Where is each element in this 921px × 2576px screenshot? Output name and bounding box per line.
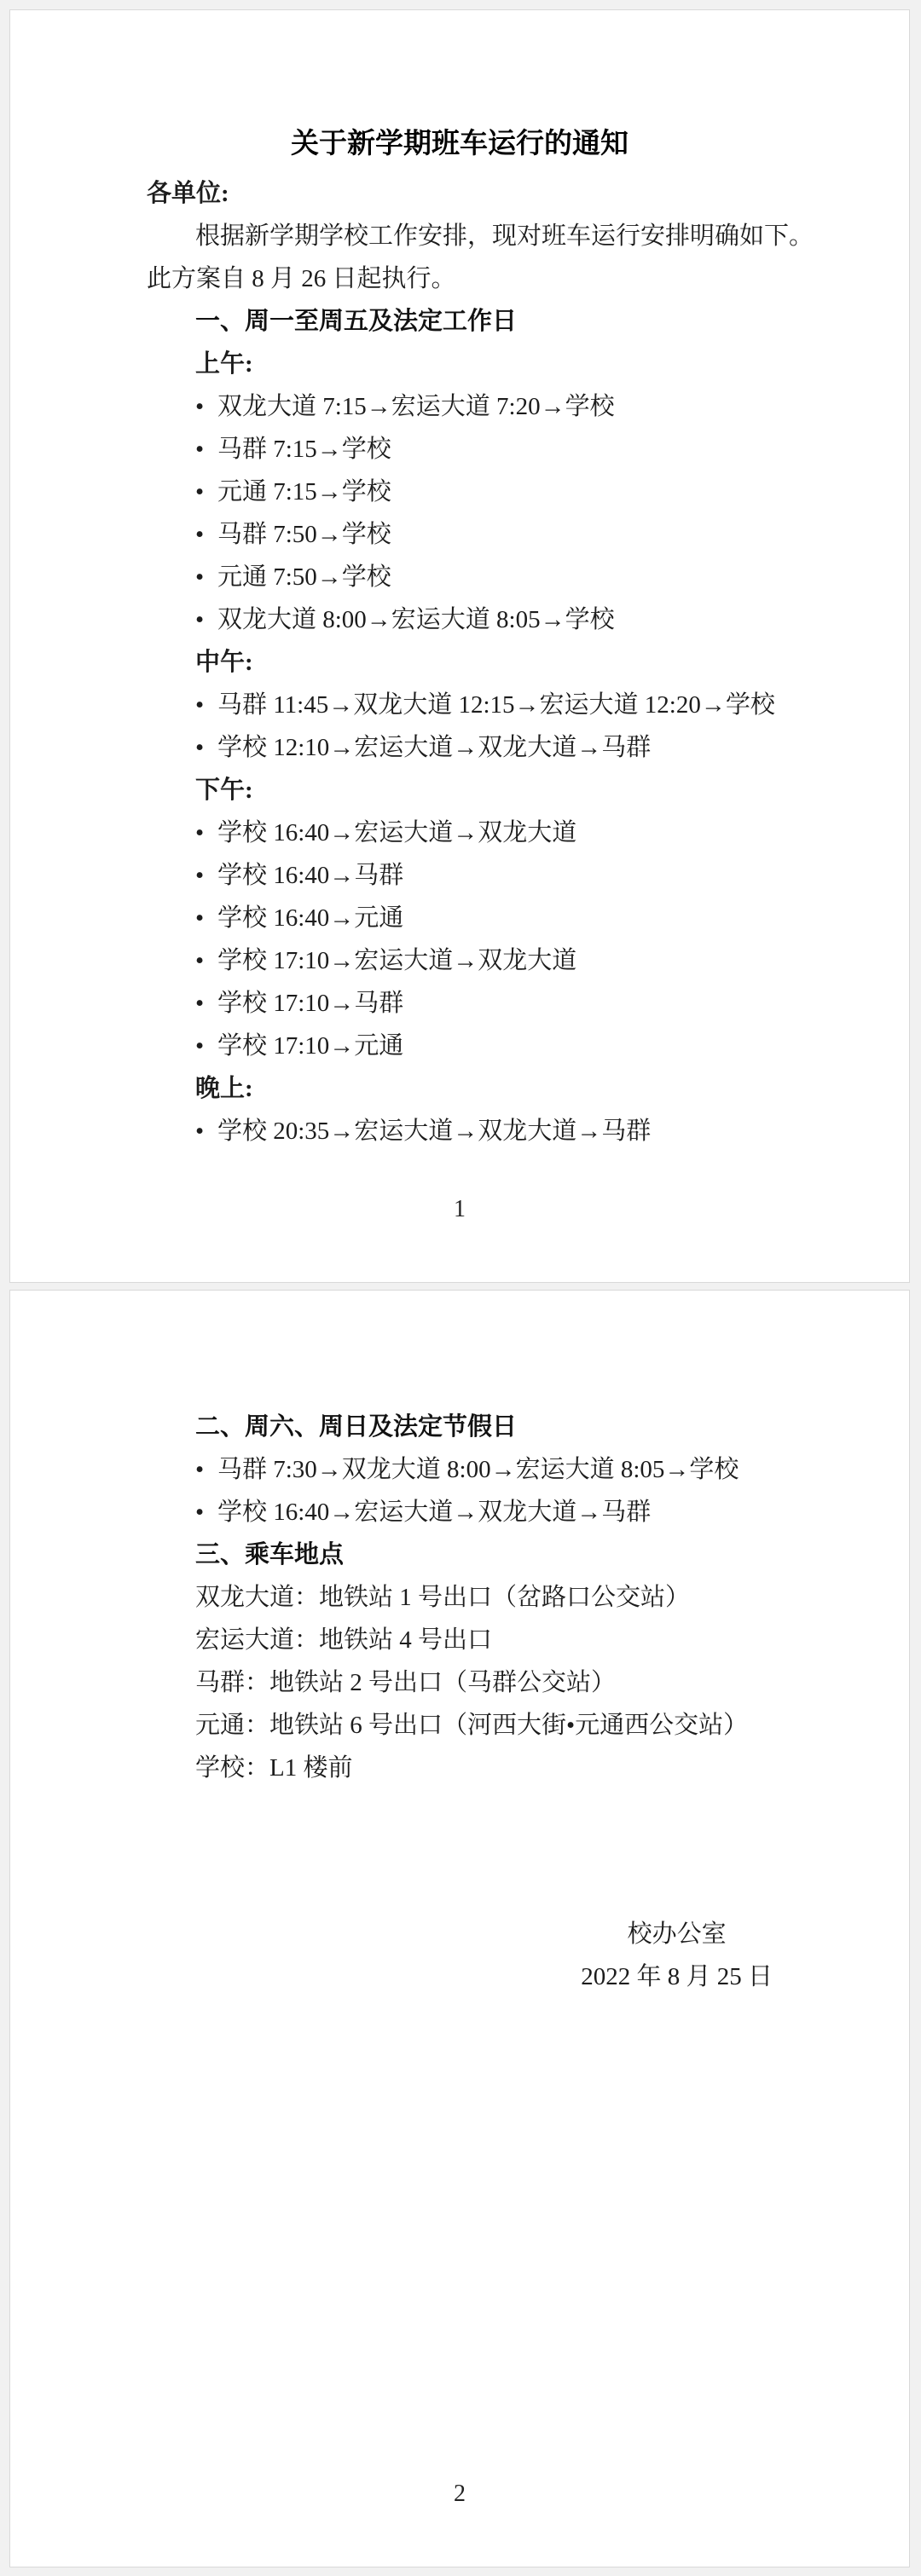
bullet-icon: • (195, 385, 217, 428)
bullet-icon: • (195, 1025, 217, 1067)
location-item: 元通：地铁站 6 号出口（河西大街•元通西公交站） (195, 1704, 815, 1747)
schedule-item-text: 学校 20:35→宏运大道→双龙大道→马群 (217, 1118, 651, 1145)
document-page-1: 关于新学期班车运行的通知 各单位: 根据新学期学校工作安排，现对班车运行安排明确… (9, 9, 910, 1283)
location-item: 马群：地铁站 2 号出口（马群公交站） (195, 1661, 815, 1704)
schedule-item: •双龙大道 8:00→宏运大道 8:05→学校 (195, 598, 815, 641)
section-3-heading: 三、乘车地点 (195, 1533, 815, 1576)
schedule-item: •马群 7:50→学校 (195, 513, 815, 556)
bullet-icon: • (195, 513, 217, 556)
page-title: 关于新学期班车运行的通知 (10, 121, 909, 167)
schedule-item-text: 双龙大道 7:15→宏运大道 7:20→学校 (217, 393, 615, 420)
schedule-item: •学校 20:35→宏运大道→双龙大道→马群 (195, 1110, 815, 1152)
bullet-icon: • (195, 1448, 217, 1491)
schedule-item-text: 学校 16:40→宏运大道→双龙大道→马群 (217, 1499, 651, 1526)
bullet-icon: • (195, 1110, 217, 1152)
document-page-2: 二、周六、周日及法定节假日 •马群 7:30→双龙大道 8:00→宏运大道 8:… (9, 1290, 910, 2567)
schedule-item: •学校 16:40→宏运大道→双龙大道→马群 (195, 1491, 815, 1533)
schedule-item: •学校 17:10→宏运大道→双龙大道 (195, 939, 815, 982)
time-label-morning: 上午: (195, 343, 815, 385)
schedule-item: •学校 16:40→元通 (195, 897, 815, 939)
schedule-item: •元通 7:50→学校 (195, 556, 815, 598)
bullet-icon: • (195, 556, 217, 598)
schedule-item: •马群 11:45→双龙大道 12:15→宏运大道 12:20→学校 (195, 684, 815, 726)
location-item: 学校：L1 楼前 (195, 1747, 815, 1789)
location-item: 宏运大道：地铁站 4 号出口 (195, 1619, 815, 1661)
schedule-item: •马群 7:30→双龙大道 8:00→宏运大道 8:05→学校 (195, 1448, 815, 1491)
schedule-item: •元通 7:15→学校 (195, 471, 815, 513)
schedule-item: •学校 16:40→马群 (195, 854, 815, 897)
page-1-content: 各单位: 根据新学期学校工作安排，现对班车运行安排明确如下。 此方案自 8 月 … (147, 172, 815, 1152)
location-item: 双龙大道：地铁站 1 号出口（岔路口公交站） (195, 1576, 815, 1619)
section-1-heading: 一、周一至周五及法定工作日 (195, 300, 815, 343)
page-number: 2 (10, 2473, 909, 2515)
bullet-icon: • (195, 897, 217, 939)
schedule-item: •马群 7:15→学校 (195, 428, 815, 471)
schedule-item: •双龙大道 7:15→宏运大道 7:20→学校 (195, 385, 815, 428)
bullet-icon: • (195, 428, 217, 471)
bullet-icon: • (195, 811, 217, 854)
bullet-icon: • (195, 684, 217, 726)
schedule-item-text: 马群 7:15→学校 (217, 436, 391, 463)
schedule-item: •学校 12:10→宏运大道→双龙大道→马群 (195, 726, 815, 769)
time-label-noon: 中午: (195, 641, 815, 684)
schedule-item-text: 学校 17:10→马群 (217, 990, 403, 1017)
time-label-evening: 晚上: (195, 1067, 815, 1110)
schedule-item-text: 学校 16:40→宏运大道→双龙大道 (217, 819, 576, 846)
bullet-icon: • (195, 726, 217, 769)
page-number: 1 (10, 1188, 909, 1231)
schedule-item: •学校 16:40→宏运大道→双龙大道 (195, 811, 815, 854)
bullet-icon: • (195, 854, 217, 897)
schedule-item-text: 元通 7:50→学校 (217, 563, 391, 591)
page-2-content: 二、周六、周日及法定节假日 •马群 7:30→双龙大道 8:00→宏运大道 8:… (147, 1291, 815, 1789)
schedule-item-text: 元通 7:15→学校 (217, 478, 391, 505)
bullet-icon: • (195, 598, 217, 641)
signature-date: 2022 年 8 月 25 日 (581, 1955, 773, 1998)
schedule-item-text: 学校 12:10→宏运大道→双龙大道→马群 (217, 734, 651, 761)
schedule-item-text: 双龙大道 8:00→宏运大道 8:05→学校 (217, 606, 615, 633)
time-label-afternoon: 下午: (195, 769, 815, 811)
schedule-item-text: 学校 16:40→马群 (217, 862, 403, 889)
schedule-item: •学校 17:10→马群 (195, 982, 815, 1025)
intro-line: 根据新学期学校工作安排，现对班车运行安排明确如下。 (147, 215, 815, 257)
intro-line: 此方案自 8 月 26 日起执行。 (147, 257, 815, 300)
schedule-item-text: 马群 11:45→双龙大道 12:15→宏运大道 12:20→学校 (217, 691, 775, 719)
bullet-icon: • (195, 982, 217, 1025)
schedule-item-text: 学校 17:10→元通 (217, 1032, 403, 1060)
signature-block: 校办公室 2022 年 8 月 25 日 (581, 1913, 773, 1998)
schedule-item-text: 学校 16:40→元通 (217, 904, 403, 932)
bullet-icon: • (195, 1491, 217, 1533)
schedule-item: •学校 17:10→元通 (195, 1025, 815, 1067)
schedule-item-text: 马群 7:30→双龙大道 8:00→宏运大道 8:05→学校 (217, 1456, 739, 1483)
schedule-item-text: 马群 7:50→学校 (217, 521, 391, 548)
salutation: 各单位: (147, 172, 815, 215)
signature-org: 校办公室 (581, 1913, 773, 1955)
bullet-icon: • (195, 471, 217, 513)
schedule-item-text: 学校 17:10→宏运大道→双龙大道 (217, 947, 576, 974)
bullet-icon: • (195, 939, 217, 982)
section-2-heading: 二、周六、周日及法定节假日 (195, 1406, 815, 1448)
